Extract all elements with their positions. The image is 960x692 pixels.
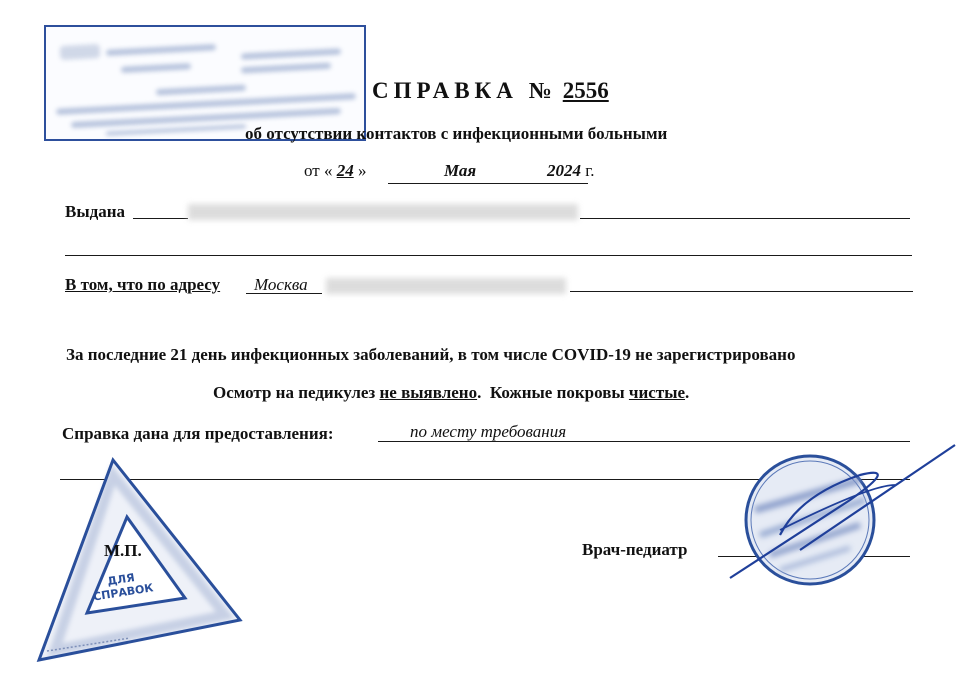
address-city-underline	[246, 293, 322, 294]
exam-text-1: Осмотр на педикулез	[213, 383, 380, 402]
address-city: Москва	[254, 275, 308, 295]
purpose-label: Справка дана для предоставления:	[62, 424, 334, 444]
address-label: В том, что по адресу	[65, 275, 220, 295]
exam-result-skin: чистые	[629, 383, 685, 402]
date-line: от « 24 »	[304, 161, 366, 181]
date-day: 24	[337, 161, 354, 180]
date-month-underline	[388, 183, 588, 184]
document-title: СПРАВКА №2556	[372, 78, 609, 104]
statement-examination: Осмотр на педикулез не выявлено. Кожные …	[213, 383, 689, 403]
issued-to-label: Выдана	[65, 202, 125, 222]
doctor-label: Врач-педиатр	[582, 540, 687, 560]
exam-text-end: .	[685, 383, 689, 402]
certificate-number: 2556	[563, 78, 609, 103]
date-month: Мая	[444, 161, 476, 181]
issued-to-underline-left	[133, 218, 188, 219]
date-suffix: г.	[585, 161, 594, 180]
statement-no-infections: За последние 21 день инфекционных заболе…	[66, 345, 795, 365]
number-prefix: №	[529, 78, 557, 103]
date-year-value: 2024	[547, 161, 581, 180]
exam-result-pediculosis: не выявлено	[380, 383, 478, 402]
date-year: 2024 г.	[547, 161, 595, 181]
purpose-value: по месту требования	[410, 422, 566, 442]
issued-to-redacted-value	[188, 204, 578, 220]
round-seal-and-signature-icon	[720, 440, 960, 590]
title-word: СПРАВКА	[372, 78, 518, 103]
issued-to-underline-right	[580, 218, 910, 219]
date-mid: »	[358, 161, 367, 180]
issued-to-second-line	[65, 255, 912, 256]
document-subtitle: об отсутствии контактов с инфекционными …	[245, 124, 667, 144]
date-prefix: от «	[304, 161, 332, 180]
address-underline-right	[570, 291, 913, 292]
seal-place-label: М.П.	[104, 541, 142, 561]
address-redacted-value	[326, 278, 566, 294]
date-month-value: Мая	[444, 161, 476, 180]
exam-text-2: . Кожные покровы	[477, 383, 629, 402]
